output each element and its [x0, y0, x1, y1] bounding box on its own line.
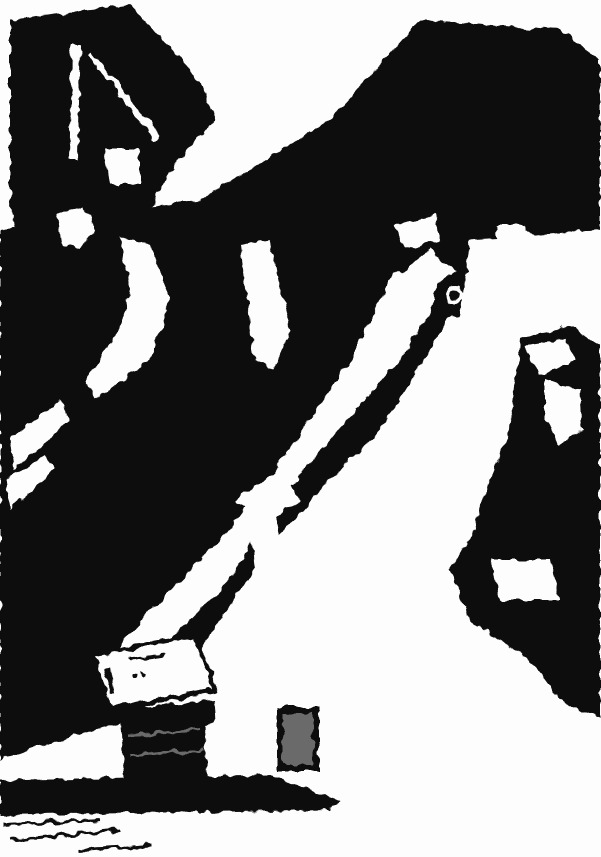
floor-scribbles	[5, 820, 150, 850]
crouching-figure-knee	[490, 560, 560, 600]
ink-drawing	[0, 0, 601, 857]
illustration: Expressionist ink drawing of figures on …	[0, 0, 601, 857]
window-pane	[105, 150, 140, 185]
crate-body	[120, 700, 220, 785]
floor-shadow	[0, 775, 340, 815]
crate-leg	[205, 722, 222, 782]
center-figure-leg	[250, 510, 290, 690]
small-box	[280, 710, 316, 768]
